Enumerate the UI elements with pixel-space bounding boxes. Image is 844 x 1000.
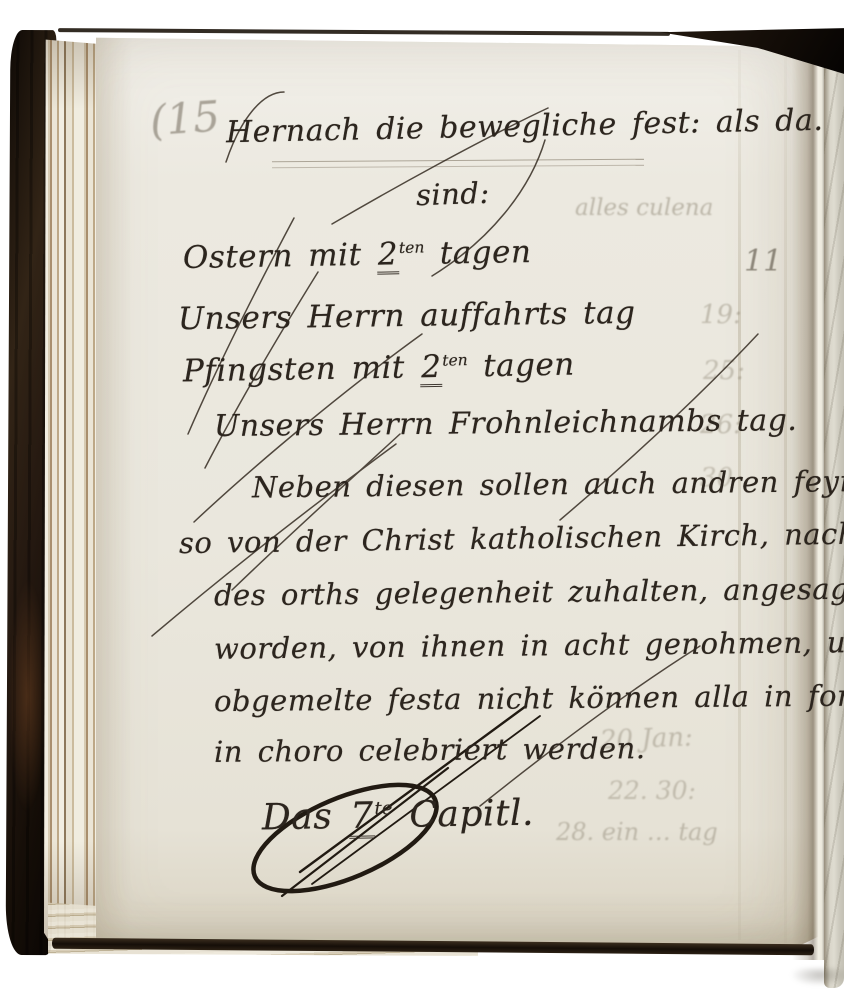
manuscript-photo: (15 alles culena 11 19: 25: 26: 30 20 Ja… xyxy=(0,0,844,1000)
feast-text: Unsers Herrn Frohnleichnambs tag. xyxy=(214,403,798,444)
pencil-note: (15 xyxy=(149,96,222,143)
feast-line-pfingsten: Pfingsten mit 2ten tagen xyxy=(183,350,575,392)
feast-line-ostern: Ostern mit 2ten tagen xyxy=(183,237,532,278)
feast-ordinal: ten xyxy=(399,239,425,257)
page-edges-left xyxy=(44,36,102,951)
chapter-heading: Das 7te Capitl. xyxy=(262,796,535,841)
chapter-number: 7 xyxy=(349,798,375,838)
bleedthrough-number: 11 xyxy=(744,247,782,277)
bleedthrough-text: 28. ein … tag xyxy=(556,820,718,844)
bleedthrough-text: alles culena xyxy=(575,197,713,220)
page-fore-edge xyxy=(792,44,826,960)
paragraph-line: in choro celebriert werden. xyxy=(214,734,646,767)
chapter-ordinal: te xyxy=(374,798,392,819)
bleedthrough-number: 19: xyxy=(700,302,742,328)
facing-page-edge xyxy=(824,40,844,988)
chapter-text: Capitl. xyxy=(392,793,534,836)
feast-text: Ostern mit xyxy=(183,237,377,276)
feast-line-auffahrt: Unsers Herrn auffahrts tag xyxy=(178,298,636,335)
subheader-line: sind: xyxy=(416,179,491,211)
feast-line-frohnleichnam: Unsers Herrn Frohnleichnambs tag. xyxy=(214,406,798,442)
bleedthrough-number: 25: xyxy=(703,358,745,384)
paragraph-line: Neben diesen sollen auch andren feyrtäg xyxy=(252,467,844,503)
book-top-edge xyxy=(58,28,670,36)
feast-number: 2 xyxy=(420,352,443,387)
chapter-text: Das xyxy=(262,796,350,839)
book-shadow xyxy=(790,968,844,986)
feast-text: tagen xyxy=(467,347,575,385)
paragraph-line: so von der Christ katholischen Kirch, na… xyxy=(179,519,844,558)
feast-number: 2 xyxy=(377,239,400,274)
feast-text: tagen xyxy=(424,234,532,272)
feast-text: Unsers Herrn auffahrts tag xyxy=(178,295,636,337)
feast-ordinal: ten xyxy=(442,351,468,369)
paragraph-line: des orths gelegenheit zuhalten, angesagt xyxy=(214,575,844,611)
paragraph-line: obgemelte festa nicht können alla in for… xyxy=(214,681,844,716)
feast-text: Pfingsten mit xyxy=(183,349,421,389)
bleedthrough-text: 22. 30: xyxy=(608,778,696,803)
paragraph-line: worden, von ihnen in acht genohmen, und … xyxy=(214,627,844,664)
